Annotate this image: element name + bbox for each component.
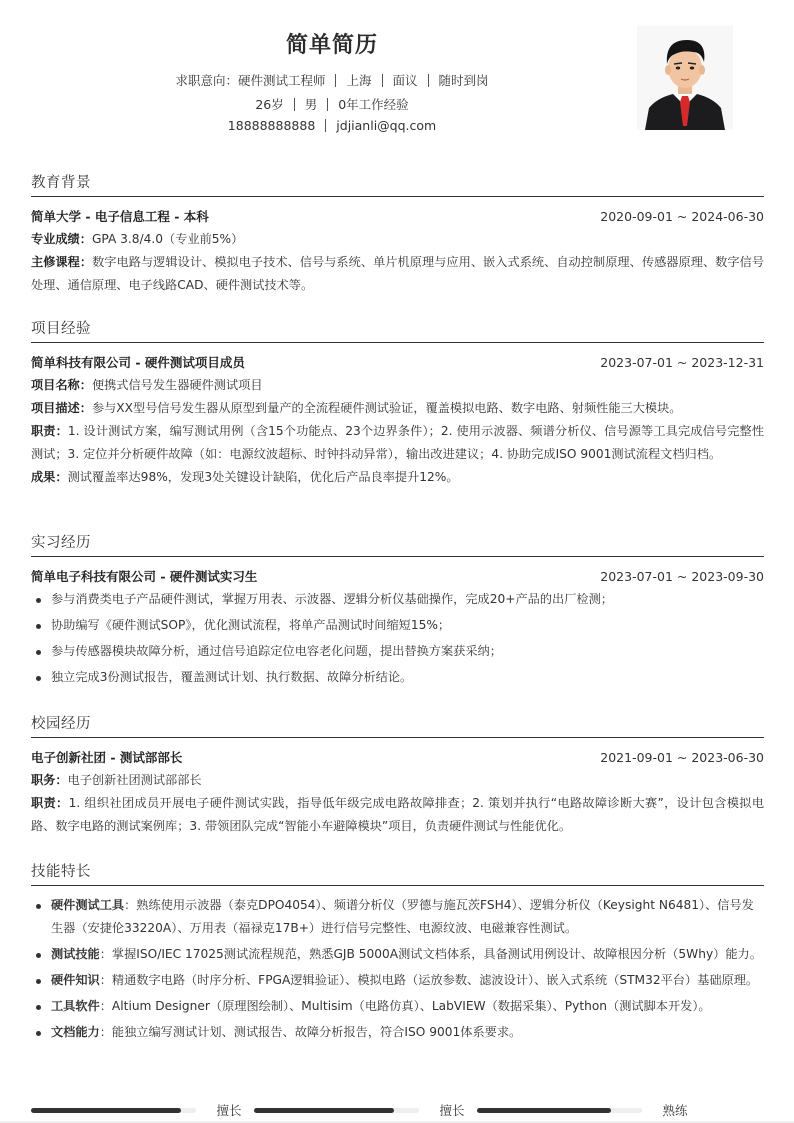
contact-line: 18888888888 jdjianli@qq.com: [0, 118, 664, 133]
list-item: 协助编写《硬件测试SOP》，优化测试流程，将单产品测试时间缩短15%；: [31, 614, 764, 637]
divider: [335, 74, 336, 87]
project-name-line: 项目名称：便携式信号发生器硬件测试项目: [31, 374, 764, 397]
date-range: 2021-09-01 ~ 2023-06-30: [600, 746, 764, 769]
projects-section: 项目经验 简单科技有限公司 - 硬件测试项目成员 2023-07-01 ~ 20…: [31, 318, 764, 489]
skill-item: 工具软件：Altium Designer（原理图绘制）、Multisim（电路仿…: [31, 995, 764, 1018]
email: jdjianli@qq.com: [336, 118, 436, 133]
gpa-value: GPA 3.8/4.0（专业前5%）: [92, 232, 243, 246]
personal-info-line: 26岁 男 0年工作经验: [0, 95, 664, 113]
list-item: 参与消费类电子产品硬件测试，掌握万用表、示波器、逻辑分析仪基础操作，完成20+产…: [31, 588, 764, 611]
date-range: 2020-09-01 ~ 2024-06-30: [600, 205, 764, 228]
skill-bar-fill: [477, 1108, 611, 1113]
skill-bar-fill: [31, 1108, 181, 1113]
skill-label: 工具软件: [51, 999, 100, 1013]
avatar: [637, 26, 733, 130]
courses-line: 主修课程：数字电路与逻辑设计、模拟电子技术、信号与系统、单片机原理与应用、嵌入式…: [31, 251, 764, 297]
education-entry-header: 简单大学 - 电子信息工程 - 本科 2020-09-01 ~ 2024-06-…: [31, 205, 764, 228]
section-title: 实习经历: [31, 532, 764, 557]
list-item: 参与传感器模块故障分析，通过信号追踪定位电容老化问题，提出替换方案获采纳；: [31, 640, 764, 663]
resume-header: 简单简历 求职意向：硬件测试工程师 上海 面议 随时到岗 26岁 男 0年工作经…: [0, 0, 794, 150]
skill-level: 熟练: [650, 1101, 700, 1119]
divider: [382, 74, 383, 87]
project-desc-line: 项目描述：参与XX型号信号发生器从原型到量产的全流程硬件测试验证，覆盖模拟电路、…: [31, 397, 764, 420]
skill-bar-track: [31, 1108, 196, 1113]
campus-entry-header: 电子创新社团 - 测试部部长 2021-09-01 ~ 2023-06-30: [31, 746, 764, 769]
skill-bar: 擅长: [31, 1101, 254, 1119]
skill-item: 硬件知识：精通数字电路（时序分析、FPGA逻辑验证）、模拟电路（运放参数、滤波设…: [31, 969, 764, 992]
skill-label: 文档能力: [51, 1025, 100, 1039]
gender: 男: [305, 95, 318, 113]
resume-name: 简单简历: [0, 28, 664, 59]
company-role: 简单科技有限公司 - 硬件测试项目成员: [31, 351, 245, 374]
section-title: 校园经历: [31, 713, 764, 738]
age: 26岁: [255, 95, 283, 113]
skill-text: ：熟练使用示波器（泰克DPO4054）、频谱分析仪（罗德与施瓦茨FSH4）、逻辑…: [51, 898, 754, 935]
resume-page: 简单简历 求职意向：硬件测试工程师 上海 面议 随时到岗 26岁 男 0年工作经…: [0, 0, 794, 1123]
field-label: 专业成绩：: [31, 232, 92, 246]
school-degree: 简单大学 - 电子信息工程 - 本科: [31, 205, 209, 228]
skill-item: 文档能力：能独立编写测试计划、测试报告、故障分析报告，符合ISO 9001体系要…: [31, 1021, 764, 1044]
date-range: 2023-07-01 ~ 2023-12-31: [600, 351, 764, 374]
skills-section: 技能特长 硬件测试工具：熟练使用示波器（泰克DPO4054）、频谱分析仪（罗德与…: [31, 861, 764, 1047]
campus-duty: 1. 组织社团成员开展电子硬件测试实践，指导低年级完成电路故障排查；2. 策划并…: [31, 796, 764, 833]
company-role: 简单电子科技有限公司 - 硬件测试实习生: [31, 565, 257, 588]
skill-bar-track: [477, 1108, 642, 1113]
education-section: 教育背景 简单大学 - 电子信息工程 - 本科 2020-09-01 ~ 202…: [31, 172, 764, 297]
list-item: 独立完成3份测试报告，覆盖测试计划、执行数据、故障分析结论。: [31, 666, 764, 689]
skill-bar-track: [254, 1108, 419, 1113]
job-intent-line: 求职意向：硬件测试工程师 上海 面议 随时到岗: [0, 71, 664, 89]
skill-level: 擅长: [204, 1101, 254, 1119]
internship-bullets: 参与消费类电子产品硬件测试，掌握万用表、示波器、逻辑分析仪基础操作，完成20+产…: [31, 588, 764, 689]
divider: [294, 98, 295, 111]
campus-section: 校园经历 电子创新社团 - 测试部部长 2021-09-01 ~ 2023-06…: [31, 713, 764, 838]
experience: 0年工作经验: [338, 95, 408, 113]
phone: 18888888888: [228, 118, 315, 133]
divider: [428, 74, 429, 87]
skill-level: 擅长: [427, 1101, 477, 1119]
project-duty: 1. 设计测试方案，编写测试用例（含15个功能点、23个边界条件）；2. 使用示…: [31, 424, 764, 461]
field-label: 项目名称：: [31, 378, 92, 392]
project-result: 测试覆盖率达98%，发现3处关键设计缺陷，优化后产品良率提升12%。: [68, 470, 459, 484]
divider: [327, 98, 328, 111]
section-title: 项目经验: [31, 318, 764, 343]
salary: 面议: [393, 71, 418, 89]
skill-bar: 熟练: [477, 1101, 700, 1119]
project-entry-header: 简单科技有限公司 - 硬件测试项目成员 2023-07-01 ~ 2023-12…: [31, 351, 764, 374]
skill-text: ：Altium Designer（原理图绘制）、Multisim（电路仿真）、L…: [100, 999, 711, 1013]
campus-role: 电子创新社团测试部部长: [68, 773, 202, 787]
project-name: 便携式信号发生器硬件测试项目: [92, 378, 263, 392]
project-desc: 参与XX型号信号发生器从原型到量产的全流程硬件测试验证，覆盖模拟电路、数字电路、…: [92, 401, 682, 415]
city: 上海: [346, 71, 371, 89]
availability: 随时到岗: [439, 71, 489, 89]
avatar-photo-icon: [637, 26, 733, 130]
skill-label: 硬件测试工具: [51, 898, 124, 912]
skill-item: 硬件测试工具：熟练使用示波器（泰克DPO4054）、频谱分析仪（罗德与施瓦茨FS…: [31, 894, 764, 940]
job-intent: 求职意向：硬件测试工程师: [175, 71, 325, 89]
skill-text: ：精通数字电路（时序分析、FPGA逻辑验证）、模拟电路（运放参数、滤波设计）、嵌…: [100, 973, 758, 987]
project-duty-line: 职责：1. 设计测试方案，编写测试用例（含15个功能点、23个边界条件）；2. …: [31, 420, 764, 466]
skill-bar-fill: [254, 1108, 394, 1113]
field-label: 职务：: [31, 773, 68, 787]
skill-item: 测试技能：掌握ISO/IEC 17025测试流程规范，熟悉GJB 5000A测试…: [31, 943, 764, 966]
skill-level-bars: 擅长 擅长 熟练: [31, 1101, 764, 1119]
field-label: 项目描述：: [31, 401, 92, 415]
project-result-line: 成果：测试覆盖率达98%，发现3处关键设计缺陷，优化后产品良率提升12%。: [31, 466, 764, 489]
internship-entry-header: 简单电子科技有限公司 - 硬件测试实习生 2023-07-01 ~ 2023-0…: [31, 565, 764, 588]
skill-label: 硬件知识: [51, 973, 100, 987]
field-label: 主修课程：: [31, 255, 92, 269]
internship-section: 实习经历 简单电子科技有限公司 - 硬件测试实习生 2023-07-01 ~ 2…: [31, 532, 764, 692]
field-label: 成果：: [31, 470, 68, 484]
date-range: 2023-07-01 ~ 2023-09-30: [600, 565, 764, 588]
campus-role-line: 职务：电子创新社团测试部部长: [31, 769, 764, 792]
field-label: 职责：: [31, 796, 69, 810]
org-role: 电子创新社团 - 测试部部长: [31, 746, 182, 769]
section-title: 教育背景: [31, 172, 764, 197]
skill-text: ：能独立编写测试计划、测试报告、故障分析报告，符合ISO 9001体系要求。: [100, 1025, 521, 1039]
section-title: 技能特长: [31, 861, 764, 886]
campus-duty-line: 职责：1. 组织社团成员开展电子硬件测试实践，指导低年级完成电路故障排查；2. …: [31, 792, 764, 838]
skill-label: 测试技能: [51, 947, 100, 961]
skills-list: 硬件测试工具：熟练使用示波器（泰克DPO4054）、频谱分析仪（罗德与施瓦茨FS…: [31, 894, 764, 1044]
courses-value: 数字电路与逻辑设计、模拟电子技术、信号与系统、单片机原理与应用、嵌入式系统、自动…: [31, 255, 764, 292]
gpa-line: 专业成绩：GPA 3.8/4.0（专业前5%）: [31, 228, 764, 251]
field-label: 职责：: [31, 424, 68, 438]
skill-bar: 擅长: [254, 1101, 477, 1119]
skill-text: ：掌握ISO/IEC 17025测试流程规范，熟悉GJB 5000A测试文档体系…: [100, 947, 762, 961]
divider: [325, 119, 326, 132]
